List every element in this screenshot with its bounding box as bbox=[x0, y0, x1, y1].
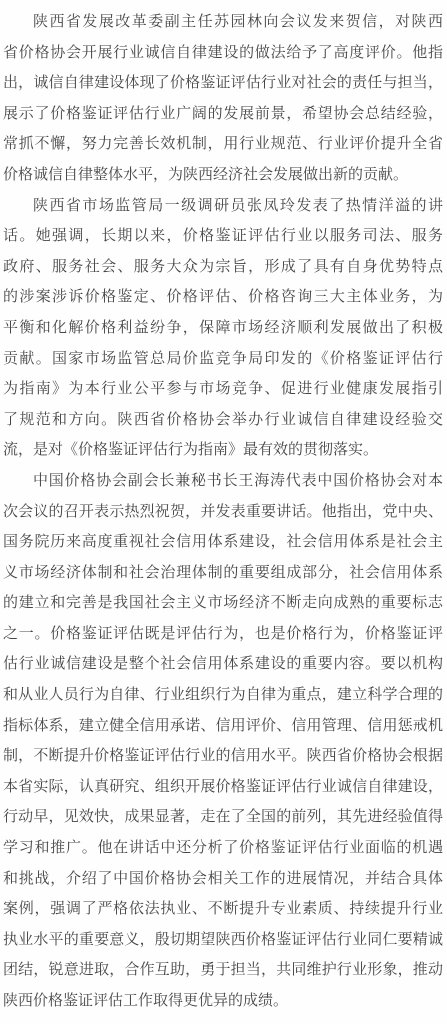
text-line: 团结，锐意进取，合作互助，勇于担当，共同维护行业形象，推动 bbox=[3, 955, 443, 986]
text-line: 为指南》为本行业公平参与市场竞争、促进行业健康发展指引 bbox=[3, 374, 443, 405]
document-page: 陕西省发展改革委副主任苏园林向会议发来贺信，对陕西省价格协会开展行业诚信自律建设… bbox=[0, 0, 447, 1024]
text-line: 执业水平的重要意义，殷切期望陕西价格鉴证评估行业同仁要精诚 bbox=[3, 925, 443, 956]
text-line: 和从业人员行为自律、行业组织行为自律为重点，建立科学合理的 bbox=[3, 680, 443, 711]
text-line: 出，诚信自律建设体现了价格鉴证评估行业对社会的责任与担当， bbox=[3, 68, 443, 99]
paragraph: 陕西省市场监管局一级调研员张凤玲发表了热情洋溢的讲话。她强调，长期以来，价格鉴证… bbox=[3, 191, 443, 466]
text-line: 流，是对《价格鉴证评估行为指南》最有效的贯彻落实。 bbox=[3, 435, 443, 466]
text-line: 和挑战，介绍了中国价格协会相关工作的进展情况，并结合具体 bbox=[3, 864, 443, 895]
text-line: 贡献。国家市场监管总局价监竞争局印发的《价格鉴证评估行 bbox=[3, 344, 443, 375]
text-line: 学习和推广。他在讲话中还分析了价格鉴证评估行业面临的机遇 bbox=[3, 833, 443, 864]
text-line: 本省实际，认真研究、组织开展价格鉴证评估行业诚信自律建设， bbox=[3, 772, 443, 803]
text-line: 常抓不懈，努力完善长效机制，用行业规范、行业评价提升全省 bbox=[3, 129, 443, 160]
text-line: 平衡和化解价格利益纷争，保障市场经济顺利发展做出了积极 bbox=[3, 313, 443, 344]
text-line: 案例，强调了严格依法执业、不断提升专业素质、持续提升行业 bbox=[3, 894, 443, 925]
text-line: 行动早，见效快，成果显著，走在了全国的前列，其先进经验值得 bbox=[3, 802, 443, 833]
text-line: 制，不断提升价格鉴证评估行业的信用水平。陕西省价格协会根据 bbox=[3, 741, 443, 772]
text-line: 次会议的召开表示热烈祝贺，并发表重要讲话。他指出，党中央、 bbox=[3, 497, 443, 528]
text-line: 指标体系，建立健全信用承诺、信用评价、信用管理、信用惩戒机 bbox=[3, 711, 443, 742]
text-line: 话。她强调，长期以来，价格鉴证评估行业以服务司法、服务 bbox=[3, 221, 443, 252]
text-line: 的涉案涉诉价格鉴定、价格评估、价格咨询三大主体业务，为 bbox=[3, 282, 443, 313]
text-line: 陕西省发展改革委副主任苏园林向会议发来贺信，对陕西 bbox=[3, 7, 443, 38]
text-line: 价格诚信自律整体水平，为陕西经济社会发展做出新的贡献。 bbox=[3, 160, 443, 191]
paragraph: 陕西省发展改革委副主任苏园林向会议发来贺信，对陕西省价格协会开展行业诚信自律建设… bbox=[3, 7, 443, 191]
article-body: 陕西省发展改革委副主任苏园林向会议发来贺信，对陕西省价格协会开展行业诚信自律建设… bbox=[3, 7, 443, 1017]
text-line: 估行业诚信建设是整个社会信用体系建设的重要内容。要以机构 bbox=[3, 649, 443, 680]
text-line: 陕西省市场监管局一级调研员张凤玲发表了热情洋溢的讲 bbox=[3, 191, 443, 222]
text-line: 陕西价格鉴证评估工作取得更优异的成绩。 bbox=[3, 986, 443, 1017]
text-line: 展示了价格鉴证评估行业广阔的发展前景，希望协会总结经验， bbox=[3, 99, 443, 130]
text-line: 了规范和方向。陕西省价格协会举办行业诚信自律建设经验交 bbox=[3, 405, 443, 436]
paragraph: 中国价格协会副会长兼秘书长王海涛代表中国价格协会对本次会议的召开表示热烈祝贺，并… bbox=[3, 466, 443, 1017]
text-line: 中国价格协会副会长兼秘书长王海涛代表中国价格协会对本 bbox=[3, 466, 443, 497]
text-line: 省价格协会开展行业诚信自律建设的做法给予了高度评价。他指 bbox=[3, 38, 443, 69]
text-line: 国务院历来高度重视社会信用体系建设，社会信用体系是社会主 bbox=[3, 527, 443, 558]
text-line: 的建立和完善是我国社会主义市场经济不断走向成熟的重要标志 bbox=[3, 588, 443, 619]
text-line: 之一。价格鉴证评估既是评估行为，也是价格行为，价格鉴证评 bbox=[3, 619, 443, 650]
text-line: 义市场经济体制和社会治理体制的重要组成部分，社会信用体系 bbox=[3, 558, 443, 589]
text-line: 政府、服务社会、服务大众为宗旨，形成了具有自身优势特点 bbox=[3, 252, 443, 283]
